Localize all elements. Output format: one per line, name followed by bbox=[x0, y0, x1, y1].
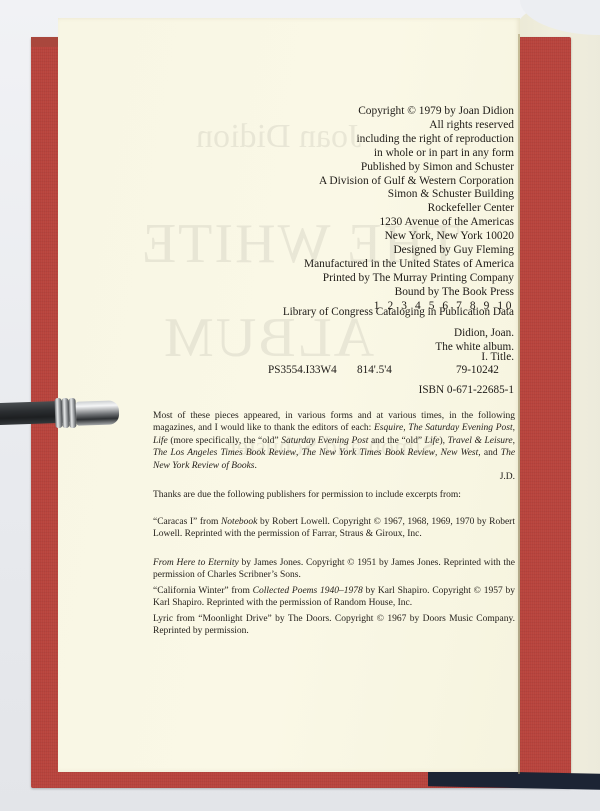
ack-text: , bbox=[513, 436, 515, 446]
permission-text: “California Winter” from bbox=[153, 586, 253, 596]
permission-lyric: Lyric from “Moonlight Drive” by The Door… bbox=[153, 613, 515, 638]
copyright-line: New York, New York 10020 bbox=[250, 230, 514, 244]
ack-text: , and bbox=[478, 448, 501, 458]
ack-text: and the “old” bbox=[368, 436, 424, 446]
magazine-title: New West bbox=[441, 448, 479, 458]
permission-eternity: From Here to Eternity by James Jones. Co… bbox=[153, 557, 515, 582]
magazine-title: The Los Angeles Times Book Review bbox=[153, 448, 296, 458]
magazine-title: The Saturday Evening Post bbox=[408, 423, 512, 433]
copyright-line: Bound by The Book Press bbox=[250, 286, 514, 300]
work-title: Notebook bbox=[221, 517, 257, 527]
cip-dewey: 814'.5'4 bbox=[357, 364, 392, 376]
permission-text: “Caracas I” from bbox=[153, 517, 221, 527]
work-title: Collected Poems 1940–1978 bbox=[253, 586, 363, 596]
isbn: ISBN 0-671-22685-1 bbox=[250, 384, 514, 396]
acknowledgments-paragraph: Most of these pieces appeared, in variou… bbox=[153, 410, 515, 472]
magazine-title: Esquire bbox=[374, 423, 403, 433]
ack-text: . bbox=[255, 461, 257, 471]
copyright-line: Simon & Schuster Building bbox=[250, 188, 514, 202]
work-title: From Here to Eternity bbox=[153, 558, 239, 568]
magazine-title: The New York Times Book Review bbox=[302, 448, 435, 458]
copyright-line: Manufactured in the United States of Ame… bbox=[250, 258, 514, 272]
copyright-line: Rockefeller Center bbox=[250, 202, 514, 216]
magazine-title: Saturday Evening Post bbox=[281, 436, 368, 446]
copyright-block: Copyright © 1979 by Joan Didion All righ… bbox=[250, 105, 514, 314]
pen-tip bbox=[76, 400, 120, 425]
ack-text: ), bbox=[439, 436, 447, 446]
magazine-title: Life bbox=[153, 436, 168, 446]
copyright-line: including the right of reproduction bbox=[250, 133, 514, 147]
cip-subject: I. Title. bbox=[250, 351, 514, 363]
magazine-title: Life bbox=[425, 436, 440, 446]
ack-text: (more specifically, the “old” bbox=[168, 436, 281, 446]
cip-author: Didion, Joan. bbox=[250, 326, 514, 340]
copyright-line: A Division of Gulf & Western Corporation bbox=[250, 175, 514, 189]
cip-lccn: 79-10242 bbox=[456, 364, 499, 376]
copyright-line: Designed by Guy Fleming bbox=[250, 244, 514, 258]
permission-california: “California Winter” from Collected Poems… bbox=[153, 585, 515, 610]
permissions-intro: Thanks are due the following publishers … bbox=[153, 489, 515, 501]
author-initials: J.D. bbox=[153, 472, 515, 482]
cip-call-number: PS3554.I33W4 bbox=[268, 364, 337, 376]
magazine-title: Travel & Leisure bbox=[448, 436, 513, 446]
copyright-line: 1230 Avenue of the Americas bbox=[250, 216, 514, 230]
cip-entry: Didion, Joan. The white album. bbox=[250, 326, 514, 354]
cip-heading: Library of Congress Cataloging in Public… bbox=[234, 306, 514, 318]
gutter bbox=[518, 34, 520, 774]
permission-caracas: “Caracas I” from Notebook by Robert Lowe… bbox=[153, 516, 515, 541]
copyright-line: Printed by The Murray Printing Company bbox=[250, 272, 514, 286]
copyright-line: in whole or in part in any form bbox=[250, 147, 514, 161]
copyright-line: Published by Simon and Schuster bbox=[250, 161, 514, 175]
ack-text: , bbox=[513, 423, 515, 433]
copyright-line: Copyright © 1979 by Joan Didion bbox=[250, 105, 514, 119]
copyright-line: All rights reserved bbox=[250, 119, 514, 133]
